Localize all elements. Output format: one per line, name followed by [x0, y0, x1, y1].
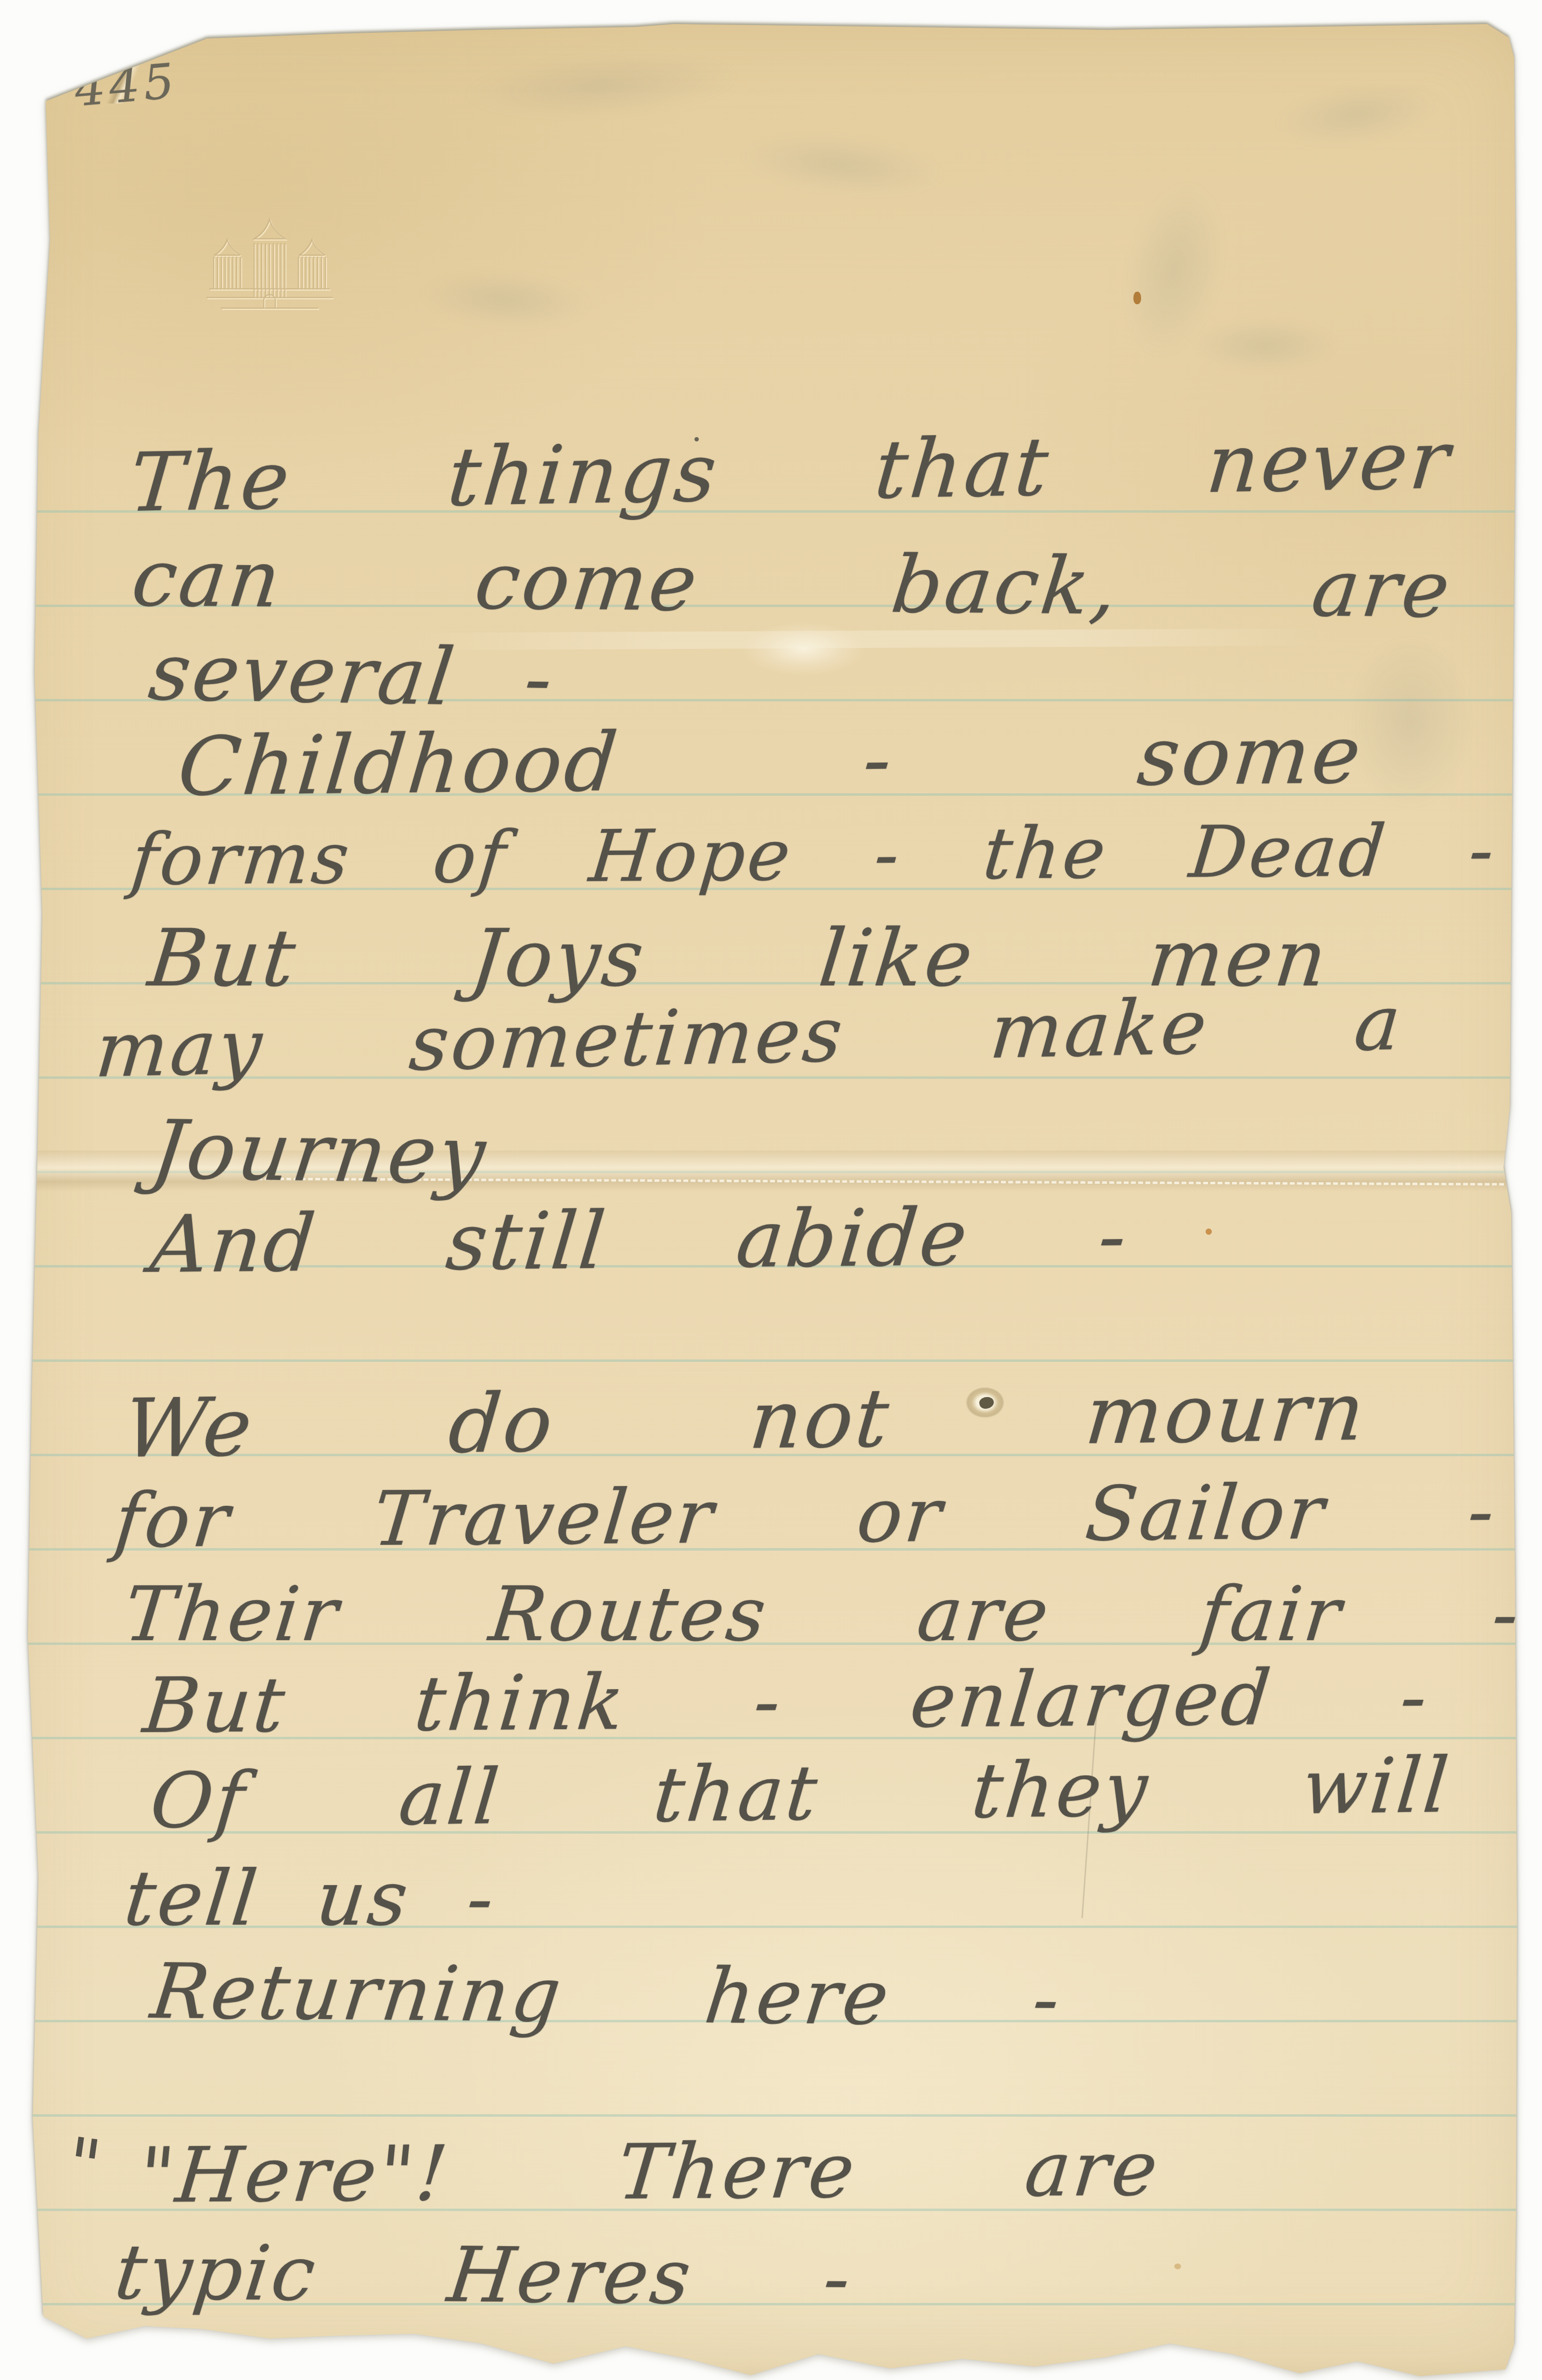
scanner-background: 445 Thethingsthatnever cancomeback,are s…: [0, 0, 1542, 2380]
handwriting-line-13: Butthink-enlarged-: [140, 1653, 1433, 1750]
handwriting-line-8: Journey: [147, 1102, 524, 1203]
pencil-speck: [694, 437, 699, 441]
foxing-spot: [1133, 292, 1141, 304]
handwriting-line-11: forTravelerorSailor-: [111, 1467, 1501, 1565]
handwriting-line-15: tellus-: [120, 1854, 500, 1943]
paper-hole-damage: [960, 1383, 1015, 1427]
handwriting-line-18: typicHeres-: [111, 2228, 857, 2323]
embossed-stamp-icon: [193, 216, 347, 341]
handwriting-line-17: "Here"!Thereare: [135, 2124, 1164, 2220]
handwriting-line-5: formsofHope-theDead-: [128, 809, 1500, 901]
handwriting-line-4: Childhood-some: [174, 707, 1367, 814]
handwriting-line-9: Andstillabide-: [147, 1190, 1132, 1291]
foxing-spot: [1174, 2264, 1181, 2269]
manuscript-paper: 445 Thethingsthatnever cancomeback,are s…: [0, 0, 1542, 2380]
verso-showthrough: [1237, 56, 1478, 172]
verso-showthrough: [694, 108, 990, 222]
foxing-spot: [1206, 1229, 1212, 1235]
archive-number: 445: [72, 52, 180, 117]
paper-shadow-wrap: 445 Thethingsthatnever cancomeback,are s…: [0, 0, 1542, 2380]
verso-showthrough: [1165, 308, 1367, 383]
handwriting-line-3: several-: [144, 626, 560, 724]
handwriting-line-12: TheirRoutesarefair-: [120, 1570, 1525, 1658]
handwriting-line-16: Returninghere-: [147, 1947, 1067, 2044]
verso-showthrough: [383, 252, 628, 348]
handwriting-line-14: Ofallthattheywill: [147, 1741, 1454, 1846]
handwriting-line-2: cancomeback,are: [128, 532, 1457, 635]
handwriting-line-10: Wedonotmourn: [120, 1364, 1371, 1476]
